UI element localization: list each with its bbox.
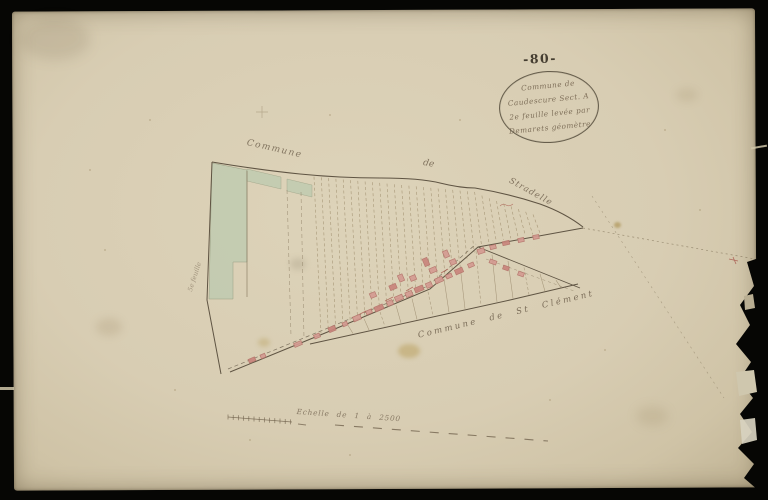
label-de-top: de — [422, 158, 435, 170]
adjacent-sheet-sliver — [0, 387, 14, 390]
scan-background: -80- Commune de Caudescure Sect. A 2e fe… — [0, 0, 768, 500]
sheet-number: -80- — [505, 50, 575, 67]
